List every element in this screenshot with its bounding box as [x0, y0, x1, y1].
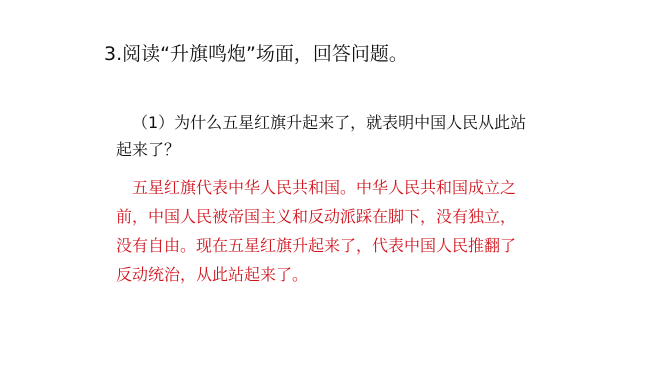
question-line: （1）为什么五星红旗升起来了，就表明中国人民从此站 — [116, 109, 526, 136]
question-block: （1）为什么五星红旗升起来了，就表明中国人民从此站 起来了？ — [116, 109, 526, 163]
answer-line: 反动统治，从此站起来了。 — [116, 260, 516, 289]
slide: 3.阅读“升旗鸣炮”场面，回答问题。 （1）为什么五星红旗升起来了，就表明中国人… — [0, 0, 668, 376]
answer-line: 前，中国人民被帝国主义和反动派踩在脚下，没有独立， — [116, 202, 516, 231]
answer-line: 五星红旗代表中华人民共和国。中华人民共和国成立之 — [116, 173, 516, 202]
answer-block: 五星红旗代表中华人民共和国。中华人民共和国成立之 前，中国人民被帝国主义和反动派… — [116, 173, 516, 289]
question-line: 起来了？ — [116, 136, 526, 163]
slide-title: 3.阅读“升旗鸣炮”场面，回答问题。 — [104, 41, 408, 67]
answer-line: 没有自由。现在五星红旗升起来了，代表中国人民推翻了 — [116, 231, 516, 260]
